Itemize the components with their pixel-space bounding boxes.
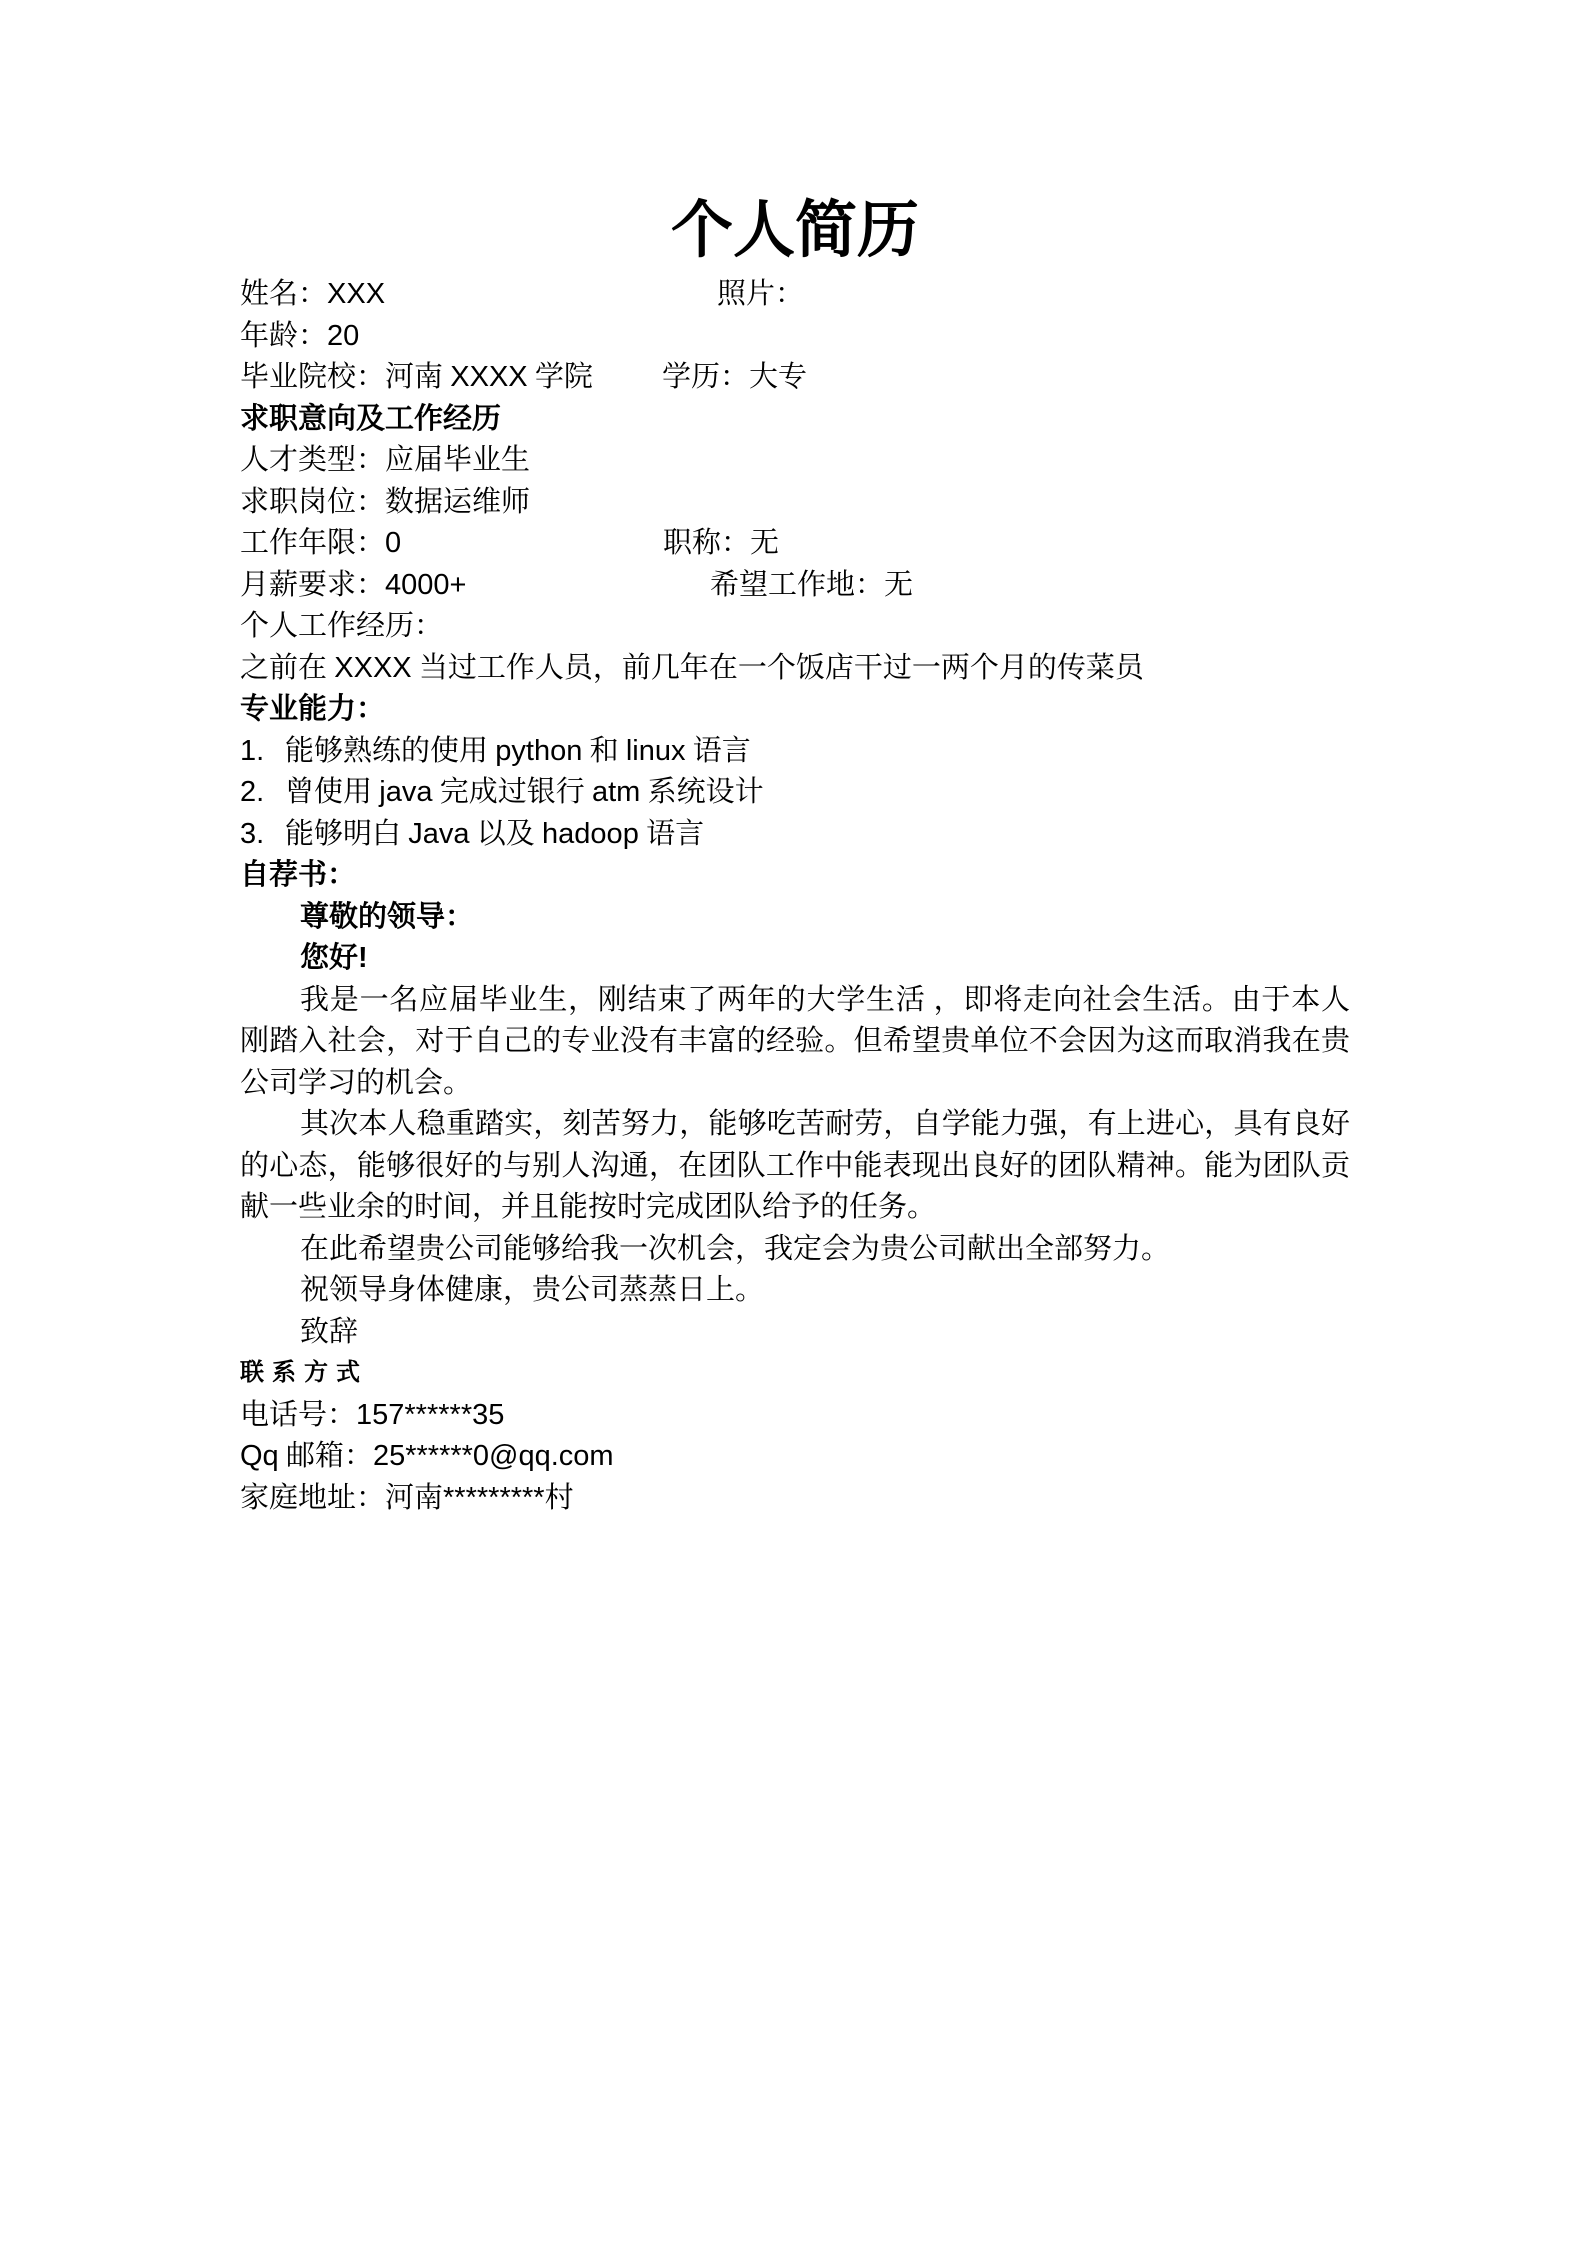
skill-text: 曾使用 java 完成过银行 atm 系统设计 <box>285 772 764 814</box>
letter-signoff: 致辞 <box>240 1312 1350 1354</box>
age-field: 年龄：20 <box>240 320 359 352</box>
salary-field: 月薪要求：4000+ <box>240 569 466 601</box>
years-title-row: 工作年限：0 职称：无 <box>240 523 1350 565</box>
letter-greeting: 您好! <box>240 938 1350 980</box>
name-field: 姓名：XXX <box>240 278 385 310</box>
talent-type-row: 人才类型：应届毕业生 <box>240 440 1350 482</box>
letter-paragraph-1: 我是一名应届毕业生，刚结束了两年的大学生活 ，即将走向社会生活。由于本人刚踏入社… <box>240 980 1350 1105</box>
skill-item-2: 2. 曾使用 java 完成过银行 atm 系统设计 <box>240 772 1350 814</box>
position-row: 求职岗位：数据运维师 <box>240 482 1350 524</box>
talent-type-field: 人才类型：应届毕业生 <box>240 444 530 476</box>
phone-field: 电话号：157******35 <box>240 1395 1350 1437</box>
work-history-text: 之前在 XXXX 当过工作人员，前几年在一个饭店干过一两个月的传菜员 <box>240 648 1350 690</box>
skill-text: 能够熟练的使用 python 和 linux 语言 <box>285 731 751 773</box>
name-photo-row: 姓名：XXX 照片： <box>240 274 1350 316</box>
salary-location-row: 月薪要求：4000+ 希望工作地：无 <box>240 565 1350 607</box>
photo-label: 照片： <box>717 274 804 316</box>
work-years-field: 工作年限：0 <box>240 527 401 559</box>
work-history-label: 个人工作经历： <box>240 606 1350 648</box>
letter-wish: 祝领导身体健康，贵公司蒸蒸日上。 <box>240 1270 1350 1312</box>
skill-item-3: 3. 能够明白 Java 以及 hadoop 语言 <box>240 814 1350 856</box>
education-field: 学历：大专 <box>662 357 807 399</box>
letter-salutation: 尊敬的领导： <box>240 897 1350 939</box>
section-heading-job-intent: 求职意向及工作经历 <box>240 399 1350 441</box>
school-field: 毕业院校：河南 XXXX 学院 <box>240 361 593 393</box>
letter-closing-request: 在此希望贵公司能够给我一次机会，我定会为贵公司献出全部努力。 <box>240 1229 1350 1271</box>
skill-item-1: 1. 能够熟练的使用 python 和 linux 语言 <box>240 731 1350 773</box>
section-heading-contact: 联系方式 <box>240 1353 1350 1395</box>
document-title: 个人简历 <box>240 196 1350 266</box>
resume-page: 个人简历 姓名：XXX 照片： 年龄：20 毕业院校：河南 XXXX 学院 学历… <box>0 0 1587 2245</box>
skill-text: 能够明白 Java 以及 hadoop 语言 <box>285 814 704 856</box>
position-field: 求职岗位：数据运维师 <box>240 486 530 518</box>
skill-number: 3. <box>240 814 285 856</box>
letter-paragraph-2: 其次本人稳重踏实，刻苦努力，能够吃苦耐劳，自学能力强，有上进心，具有良好的心态，… <box>240 1104 1350 1229</box>
resume-content: 个人简历 姓名：XXX 照片： 年龄：20 毕业院校：河南 XXXX 学院 学历… <box>240 196 1350 1519</box>
section-heading-skills: 专业能力： <box>240 689 1350 731</box>
age-row: 年龄：20 <box>240 316 1350 358</box>
address-field: 家庭地址：河南*********村 <box>240 1478 1350 1520</box>
skill-number: 1. <box>240 731 285 773</box>
school-education-row: 毕业院校：河南 XXXX 学院 学历：大专 <box>240 357 1350 399</box>
section-heading-cover-letter: 自荐书： <box>240 855 1350 897</box>
skill-number: 2. <box>240 772 285 814</box>
email-field: Qq 邮箱：25******0@qq.com <box>240 1436 1350 1478</box>
job-title-field: 职称：无 <box>663 523 779 565</box>
desired-location-field: 希望工作地：无 <box>710 565 913 607</box>
